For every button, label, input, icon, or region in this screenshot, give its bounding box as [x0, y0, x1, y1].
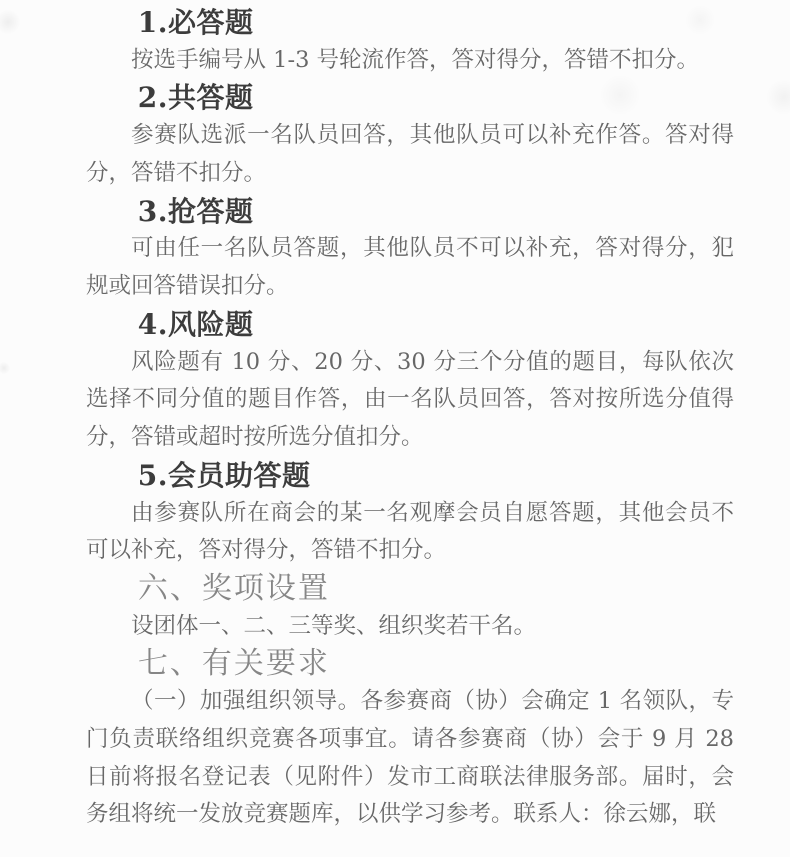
rule-2-paragraph: 参赛队选派一名队员回答，其他队员可以补充作答。答对得分，答错不扣分。 — [86, 117, 734, 192]
document-body: 1.必答题 按选手编号从 1-3 号轮流作答，答对得分，答错不扣分。 2.共答题… — [86, 4, 734, 834]
rule-3-heading: 3.抢答题 — [86, 193, 734, 231]
rule-3-paragraph: 可由任一名队员答题，其他队员不可以补充，答对得分，犯规或回答错误扣分。 — [86, 230, 734, 305]
rule-5-paragraph: 由参赛队所在商会的某一名观摩会员自愿答题，其他会员不可以补充，答对得分，答错不扣… — [86, 495, 734, 570]
requirements-section-heading: 七、有关要求 — [86, 645, 734, 683]
prizes-section-heading: 六、奖项设置 — [86, 570, 734, 608]
rule-4-heading: 4.风险题 — [86, 306, 734, 344]
rule-1-paragraph: 按选手编号从 1-3 号轮流作答，答对得分，答错不扣分。 — [86, 42, 734, 80]
requirements-paragraph: （一）加强组织领导。各参赛商（协）会确定 1 名领队，专门负责联络组织竞赛各项事… — [86, 683, 734, 834]
rule-4-paragraph: 风险题有 10 分、20 分、30 分三个分值的题目，每队依次选择不同分值的题目… — [86, 344, 734, 457]
rule-1-heading: 1.必答题 — [86, 4, 734, 42]
rule-5-heading: 5.会员助答题 — [86, 457, 734, 495]
rule-2-heading: 2.共答题 — [86, 79, 734, 117]
scanned-document-page: 1.必答题 按选手编号从 1-3 号轮流作答，答对得分，答错不扣分。 2.共答题… — [0, 0, 790, 857]
prizes-paragraph: 设团体一、二、三等奖、组织奖若干名。 — [86, 608, 734, 646]
